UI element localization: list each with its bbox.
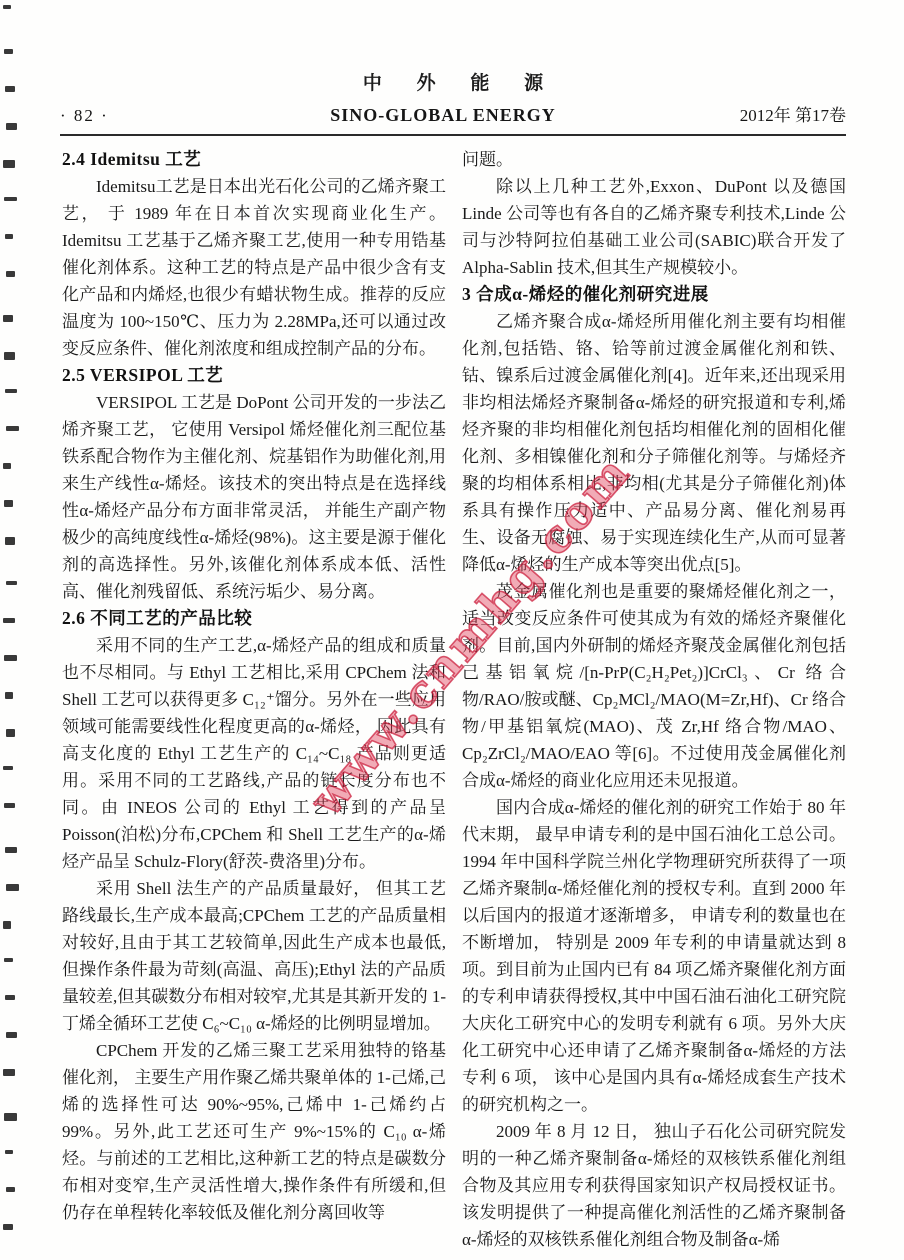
journal-title-en: SINO-GLOBAL ENERGY — [220, 105, 666, 126]
scan-mark — [3, 5, 11, 9]
scan-mark — [4, 1113, 17, 1121]
scan-mark — [4, 49, 13, 54]
scan-mark — [5, 537, 15, 545]
scan-mark — [4, 958, 13, 962]
page-header: 中 外 能 源 · 82 · SINO-GLOBAL ENERGY 2012年 … — [60, 68, 846, 136]
scan-mark — [5, 234, 13, 239]
scan-mark — [5, 1150, 13, 1154]
scan-mark — [3, 618, 15, 623]
scanned-journal-page: 中 外 能 源 · 82 · SINO-GLOBAL ENERGY 2012年 … — [0, 0, 904, 1260]
scan-mark — [3, 463, 11, 469]
scan-mark — [5, 692, 13, 699]
section-heading-2-5: 2.5 VERSIPOL 工艺 — [62, 362, 446, 389]
journal-title-cn: 中 外 能 源 — [60, 68, 846, 95]
scan-mark — [6, 271, 15, 277]
scan-mark — [3, 1069, 15, 1076]
paragraph-continuation: 问题。 — [462, 146, 846, 173]
scan-mark — [6, 884, 19, 891]
scan-mark — [4, 197, 17, 201]
paragraph-idemitsu: Idemitsu工艺是日本出光石化公司的乙烯齐聚工艺， 于 1989 年在日本首… — [62, 173, 446, 362]
scan-mark — [3, 766, 13, 770]
scan-mark — [6, 1187, 15, 1192]
left-column: 2.4 Idemitsu 工艺 Idemitsu工艺是日本出光石化公司的乙烯齐聚… — [62, 146, 446, 1253]
header-rule — [60, 134, 846, 136]
scan-mark — [5, 995, 15, 1000]
paragraph-catalysts-2: 茂金属催化剂也是重要的聚烯烃催化剂之一， 适当改变反应条件可使其成为有效的烯烃齐… — [462, 578, 846, 794]
paragraph-other-processes: 除以上几种工艺外,Exxon、DuPont 以及德国 Linde 公司等也有各自… — [462, 173, 846, 281]
page-number: · 82 · — [60, 106, 220, 126]
paragraph-comparison-1: 采用不同的生产工艺,α-烯烃产品的组成和质量也不尽相同。与 Ethyl 工艺相比… — [62, 632, 446, 875]
scan-mark — [6, 1032, 17, 1038]
paragraph-comparison-3: CPChem 开发的乙烯三聚工艺采用独特的铬基催化剂， 主要生产用作聚乙烯共聚单… — [62, 1037, 446, 1226]
scan-mark — [5, 389, 17, 393]
scan-mark — [6, 123, 17, 130]
scan-mark — [3, 160, 15, 168]
scan-edge-marks — [0, 0, 22, 1260]
scan-mark — [6, 729, 15, 737]
section-heading-3: 3 合成α-烯烃的催化剂研究进展 — [462, 281, 846, 308]
paragraph-versipol: VERSIPOL 工艺是 DoPont 公司开发的一步法乙烯齐聚工艺， 它使用 … — [62, 389, 446, 605]
scan-mark — [6, 426, 19, 431]
article-body: 2.4 Idemitsu 工艺 Idemitsu工艺是日本出光石化公司的乙烯齐聚… — [62, 146, 846, 1253]
scan-mark — [5, 86, 15, 92]
right-column: 问题。 除以上几种工艺外,Exxon、DuPont 以及德国 Linde 公司等… — [462, 146, 846, 1253]
paragraph-dushanzi-patent: 2009 年 8 月 12 日， 独山子石化公司研究院发明的一种乙烯齐聚制备α-… — [462, 1118, 846, 1253]
paragraph-comparison-2: 采用 Shell 法生产的产品质量最好， 但其工艺路线最长,生产成本最高;CPC… — [62, 875, 446, 1037]
scan-mark — [3, 1224, 13, 1230]
paragraph-catalysts-1: 乙烯齐聚合成α-烯烃所用催化剂主要有均相催化剂,包括锆、铬、铪等前过渡金属催化剂… — [462, 308, 846, 578]
scan-mark — [4, 352, 15, 360]
scan-mark — [5, 847, 17, 853]
scan-mark — [3, 315, 13, 322]
scan-mark — [6, 581, 17, 585]
scan-mark — [4, 655, 17, 661]
scan-mark — [3, 921, 11, 929]
scan-mark — [4, 803, 15, 808]
scan-mark — [4, 500, 13, 507]
section-heading-2-6: 2.6 不同工艺的产品比较 — [62, 605, 446, 632]
section-heading-2-4: 2.4 Idemitsu 工艺 — [62, 146, 446, 173]
paragraph-domestic-research: 国内合成α-烯烃的催化剂的研究工作始于 80 年代末期， 最早申请专利的是中国石… — [462, 794, 846, 1118]
issue-info: 2012年 第17卷 — [666, 101, 846, 126]
